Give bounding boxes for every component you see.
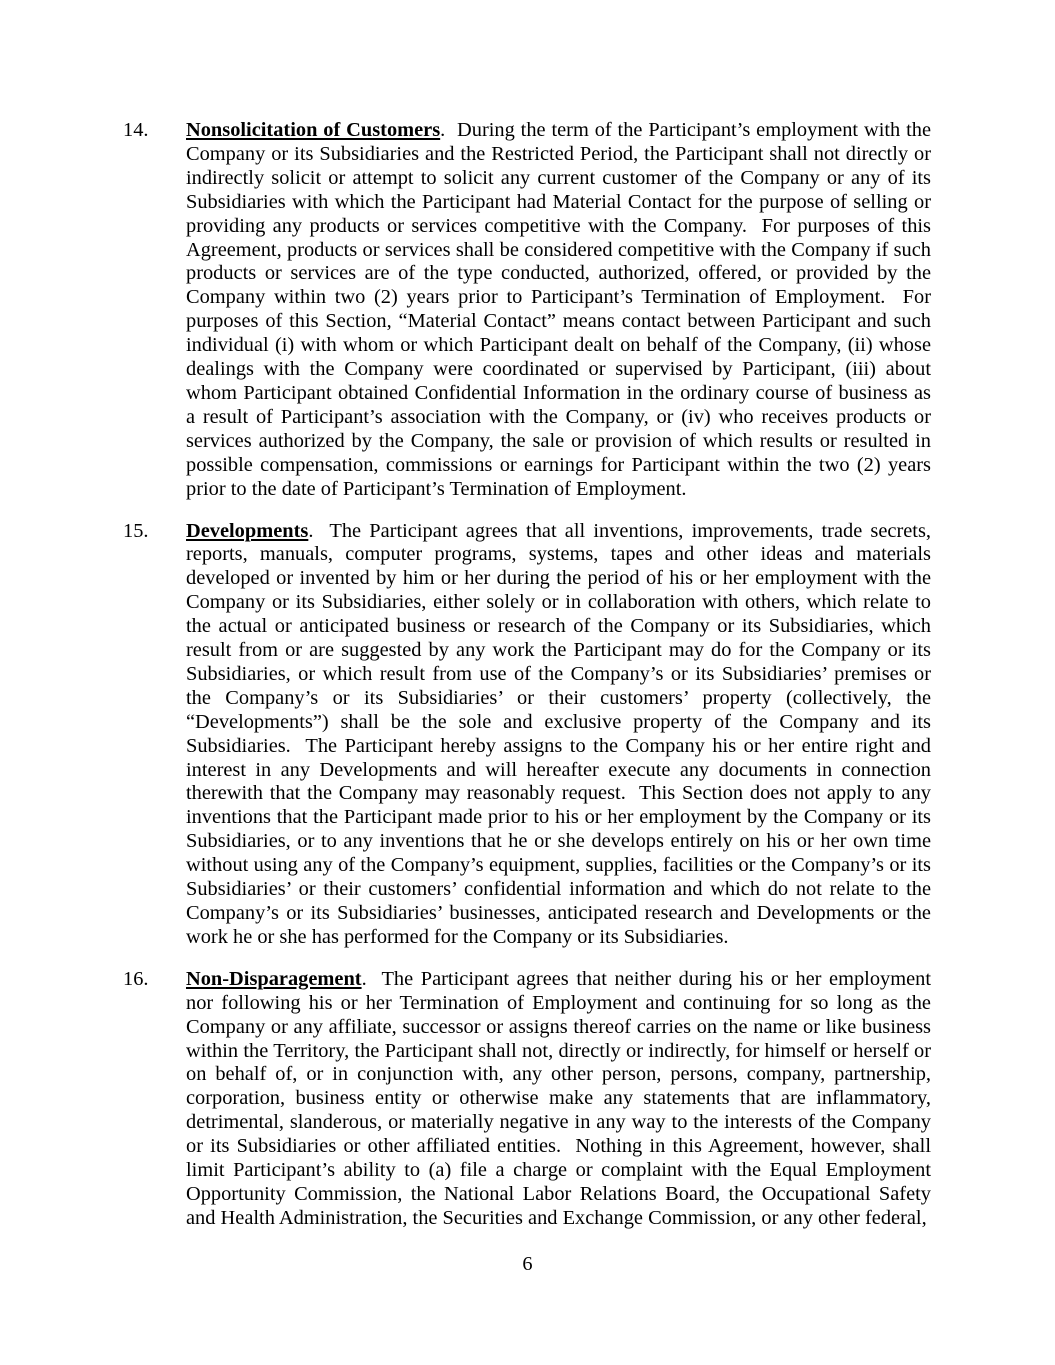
clause-15: 15. Developments. The Participant agrees… [123,520,931,950]
clause-14-heading: Nonsolicitation of Customers [186,119,440,141]
clause-16-body: . The Participant agrees that neither du… [186,968,936,1229]
clause-14-number: 14. [123,119,186,502]
clause-15-body: . The Participant agrees that all invent… [186,520,936,948]
document-page: 14. Nonsolicitation of Customers. During… [0,0,1055,1365]
agreement-body: 14. Nonsolicitation of Customers. During… [0,0,1055,1231]
clause-16-number: 16. [123,968,186,1231]
clause-16-text: Non-Disparagement. The Participant agree… [186,968,931,1231]
page-footer: 6 [0,1253,1055,1277]
clause-14-text: Nonsolicitation of Customers. During the… [186,119,931,502]
clause-15-heading: Developments [186,520,308,542]
clause-14: 14. Nonsolicitation of Customers. During… [123,119,931,502]
clause-15-text: Developments. The Participant agrees tha… [186,520,931,950]
page-number: 6 [522,1253,532,1275]
clause-16: 16. Non-Disparagement. The Participant a… [123,968,931,1231]
clause-15-number: 15. [123,520,186,950]
clause-16-heading: Non-Disparagement [186,968,362,990]
clause-14-body: . During the term of the Participant’s e… [186,119,936,500]
